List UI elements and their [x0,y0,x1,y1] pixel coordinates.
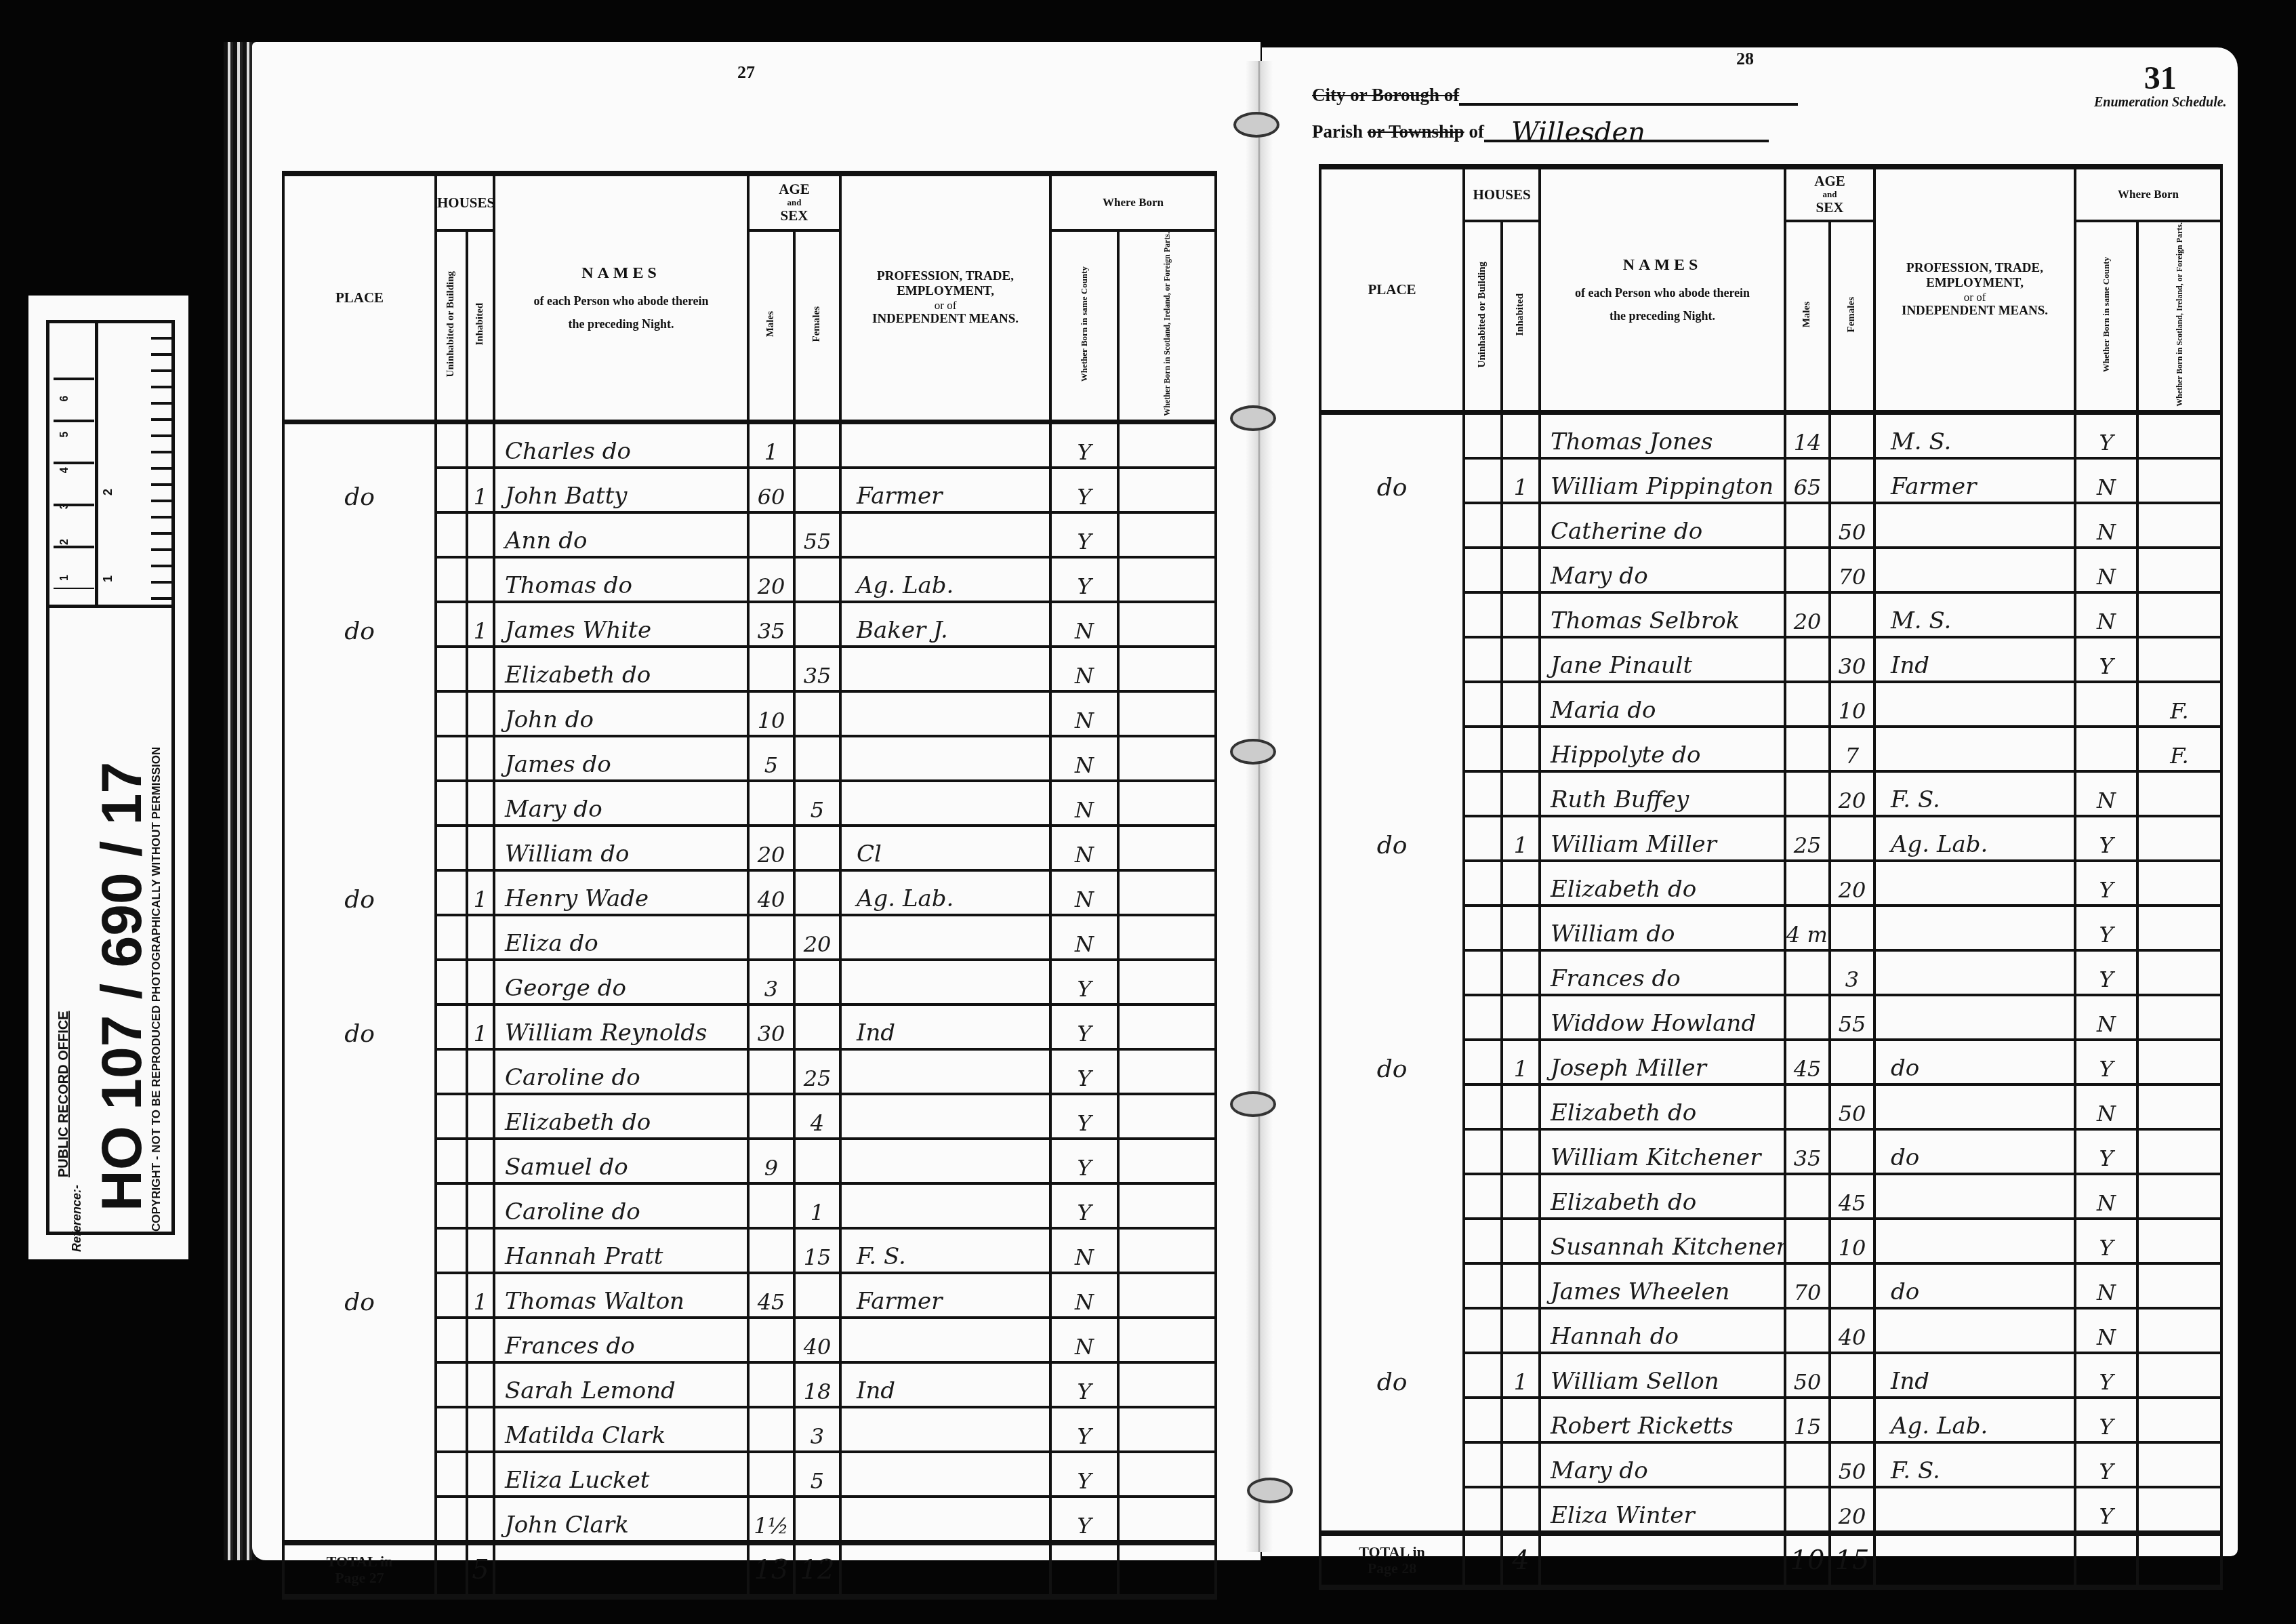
header-males-text: Males [1802,302,1813,327]
total-uninhabited [436,1543,467,1597]
cell-name: William Kitchener [1540,1129,1785,1174]
header-females-text: Females [812,306,823,342]
cell-males [1785,1442,1830,1487]
cell-profession: Ind [1874,637,2075,682]
cell-born-elsewhere [1118,1183,1216,1228]
table-row: Hippolyte do7F. [1320,727,2221,771]
cell-uninhabited [1464,548,1502,592]
cell-uninhabited [1464,1084,1502,1129]
table-row: do1John Batty60FarmerY [283,468,1216,512]
cell-females [794,870,840,915]
cell-males: 1 [748,422,794,468]
cell-born-same-county: Y [2075,906,2137,950]
header-born-elsewhere-text: Whether Born in Scotland, Ireland, or Fo… [1163,232,1172,416]
cell-profession: do [1874,1040,2075,1084]
cell-born-elsewhere [2137,1219,2221,1263]
cell-born-elsewhere [1118,1139,1216,1183]
header-profession-4: INDEPENDENT MEANS. [1876,304,2074,319]
cell-name: Eliza Winter [1540,1487,1785,1533]
header-profession-1: PROFESSION, TRADE, [1876,261,2074,276]
cell-born-elsewhere [1118,1318,1216,1362]
cell-profession: Farmer [1874,458,2075,503]
cell-females: 20 [1830,861,1874,906]
cell-females [794,826,840,870]
book-spine [224,42,256,1560]
header-males: Males [748,230,794,422]
cell-females: 40 [1830,1308,1874,1353]
header-place: PLACE [1320,167,1464,412]
header-names-sub1: of each Person who abode therein [495,294,747,308]
cell-born-same-county: Y [1050,1139,1118,1183]
cell-name: William do [1540,906,1785,950]
cell-males [1785,1308,1830,1353]
cell-born-elsewhere [2137,637,2221,682]
cell-uninhabited [1464,1040,1502,1084]
table-row: Matilda Clark3Y [283,1407,1216,1452]
cell-profession [840,647,1050,691]
total-label-2: Page 27 [285,1570,434,1586]
cell-inhabited [467,1094,494,1139]
cell-place [1320,412,1464,458]
cell-males: 25 [1785,816,1830,861]
right-page-number: 28 [1736,49,1754,69]
cell-females: 5 [794,1452,840,1497]
cell-females [794,468,840,512]
cell-inhabited [467,1497,494,1543]
cell-profession: M. S. [1874,412,2075,458]
table-row: Eliza Lucket5Y [283,1452,1216,1497]
cell-born-elsewhere [2137,548,2221,592]
table-row: Mary do5N [283,781,1216,826]
table-row: Hannah Pratt15F. S.N [283,1228,1216,1273]
cell-name: Sarah Lemond [494,1362,748,1407]
cell-born-same-county: Y [2075,1219,2137,1263]
table-row: Elizabeth do45N [1320,1174,2221,1219]
cell-profession [1874,1084,2075,1129]
cell-born-elsewhere [1118,647,1216,691]
cell-females [794,960,840,1004]
cell-females: 50 [1830,1442,1874,1487]
header-age: AGE [1786,173,1873,189]
cell-uninhabited [436,1139,467,1183]
cell-name: Elizabeth do [494,1094,748,1139]
cell-females: 3 [794,1407,840,1452]
schedule-label: Enumeration Schedule. [2094,95,2227,110]
cell-males [1785,771,1830,816]
ruler-in-2: 2 [101,409,115,495]
cell-males [748,1183,794,1228]
total-males: 10 [1785,1533,1830,1587]
cell-uninhabited [436,960,467,1004]
cell-females [794,557,840,602]
total-inhabited: 4 [1502,1533,1540,1587]
cell-place: do [283,602,436,647]
cell-inhabited [1502,1442,1540,1487]
cell-place [1320,503,1464,548]
cell-born-same-county: Y [1050,468,1118,512]
cell-place: do [283,870,436,915]
cell-born-same-county: N [2075,503,2137,548]
header-houses: HOUSES [1464,167,1540,221]
ruler-cm-4: 4 [59,437,70,473]
cell-place [283,512,436,557]
total-uninhabited [1464,1533,1502,1587]
cell-born-same-county: N [1050,1273,1118,1318]
cell-profession [840,736,1050,781]
cell-males [748,512,794,557]
cell-born-same-county: N [2075,548,2137,592]
header-profession-1: PROFESSION, TRADE, [842,269,1049,284]
table-row: Jane Pinault30IndY [1320,637,2221,682]
cell-uninhabited [1464,682,1502,727]
ruler-in-1: 1 [101,495,115,582]
cell-place: do [1320,816,1464,861]
cell-born-same-county: Y [1050,1407,1118,1452]
cell-inhabited [1502,1487,1540,1533]
total-inhabited: 5 [467,1543,494,1597]
cell-females [1830,1398,1874,1442]
table-row: do1William Miller25Ag. Lab.Y [1320,816,2221,861]
cell-born-elsewhere [1118,557,1216,602]
header-age-sex: AGE and SEX [1785,167,1874,221]
table-row: Mary do70N [1320,548,2221,592]
cell-name: Thomas Selbrok [1540,592,1785,637]
table-row: John Clark1½Y [283,1497,1216,1543]
header-houses: HOUSES [436,174,494,230]
cell-born-elsewhere [2137,1084,2221,1129]
cell-born-same-county: N [2075,1174,2137,1219]
cell-inhabited [467,1228,494,1273]
schedule-number: 31 [2094,62,2227,95]
cell-uninhabited [1464,816,1502,861]
cell-males: 4 mths [1785,906,1830,950]
cell-uninhabited [1464,503,1502,548]
cell-name: James White [494,602,748,647]
cell-uninhabited [436,1407,467,1452]
cell-born-same-county: Y [1050,1094,1118,1139]
header-born-same-county-text: Whether Born in same County [2102,257,2111,372]
cell-born-elsewhere [1118,1407,1216,1452]
cell-born-same-county: Y [2075,1487,2137,1533]
cell-males [1785,1487,1830,1533]
cell-name: Elizabeth do [494,647,748,691]
cell-inhabited [1502,995,1540,1040]
cell-females: 45 [1830,1174,1874,1219]
cell-males [1785,861,1830,906]
cell-name: Susannah Kitchener [1540,1219,1785,1263]
cell-inhabited: 1 [467,1273,494,1318]
cell-born-elsewhere [1118,1273,1216,1318]
cell-females: 40 [794,1318,840,1362]
table-row: Elizabeth do35N [283,647,1216,691]
cell-inhabited [1502,1129,1540,1174]
cell-males [1785,995,1830,1040]
table-row: Widdow Howland55N [1320,995,2221,1040]
cell-name: Jane Pinault [1540,637,1785,682]
cell-inhabited [467,1139,494,1183]
total-females: 12 [794,1543,840,1597]
cell-males [748,1228,794,1273]
cell-born-same-county: N [1050,915,1118,960]
cell-females: 20 [794,915,840,960]
cell-uninhabited [1464,771,1502,816]
cell-males [748,1407,794,1452]
cell-place [1320,906,1464,950]
table-row: do1William Reynolds30IndY [283,1004,1216,1049]
cell-uninhabited [1464,1174,1502,1219]
right-table-total: TOTAL inPage 28 4 10 15 [1320,1533,2221,1587]
cell-males: 3 [748,960,794,1004]
table-row: Ruth Buffey20F. S.N [1320,771,2221,816]
cell-inhabited [467,557,494,602]
cell-name: Caroline do [494,1049,748,1094]
total-label: TOTAL inPage 27 [283,1543,436,1597]
cell-females [1830,458,1874,503]
table-row: James Wheelen70doN [1320,1263,2221,1308]
cell-name: Thomas Walton [494,1273,748,1318]
cell-uninhabited [436,736,467,781]
cell-place [1320,548,1464,592]
cell-inhabited [467,422,494,468]
cell-profession: Ind [840,1004,1050,1049]
parish-of-label: of [1469,121,1484,142]
cell-profession [1874,548,2075,592]
cell-males: 60 [748,468,794,512]
table-row: Frances do3Y [1320,950,2221,995]
cell-inhabited [1502,1084,1540,1129]
cell-born-same-county: Y [1050,1183,1118,1228]
cell-profession [1874,1308,2075,1353]
table-row: Caroline do25Y [283,1049,1216,1094]
header-inhabited: Inhabited [1502,221,1540,412]
cell-females: 35 [794,647,840,691]
city-borough-line: City or Borough of [1312,80,1798,106]
cell-females: 5 [794,781,840,826]
cell-born-same-county: N [1050,1318,1118,1362]
cell-males: 15 [1785,1398,1830,1442]
cell-uninhabited [436,647,467,691]
cell-uninhabited [1464,1263,1502,1308]
header-profession: PROFESSION, TRADE, EMPLOYMENT, or of IND… [840,174,1050,422]
cell-uninhabited [436,1004,467,1049]
cell-profession [840,1049,1050,1094]
cell-males: 35 [748,602,794,647]
ruler-cm-5: 5 [59,401,70,437]
cell-name: John Clark [494,1497,748,1543]
cell-uninhabited [1464,458,1502,503]
cell-inhabited [1502,727,1540,771]
header-females-text: Females [1847,297,1858,332]
cell-born-same-county: N [1050,781,1118,826]
cell-place [1320,1308,1464,1353]
cell-place: do [1320,458,1464,503]
cell-inhabited [467,1452,494,1497]
cell-inhabited: 1 [1502,1040,1540,1084]
cell-name: Robert Ricketts [1540,1398,1785,1442]
cell-place [283,1183,436,1228]
cell-place [1320,1129,1464,1174]
cell-born-same-county: N [1050,691,1118,736]
cell-name: John do [494,691,748,736]
schedule-block: 31 Enumeration Schedule. [2094,62,2227,110]
cell-females [1830,412,1874,458]
cell-uninhabited [1464,861,1502,906]
table-row: do1Joseph Miller45doY [1320,1040,2221,1084]
cell-place [283,1139,436,1183]
measurement-ruler: 12 123456 [49,323,171,608]
table-row: Thomas Selbrok20M. S.N [1320,592,2221,637]
cell-born-same-county: Y [2075,1040,2137,1084]
total-born-elsewhere [2137,1533,2221,1587]
cell-name: Mary do [1540,548,1785,592]
header-age: AGE [750,181,839,197]
cell-name: Widdow Howland [1540,995,1785,1040]
cell-males [1785,727,1830,771]
cell-profession: F. S. [1874,771,2075,816]
cell-place [1320,1263,1464,1308]
cell-name: Samuel do [494,1139,748,1183]
cell-born-same-county [2075,727,2137,771]
cell-name: William Sellon [1540,1353,1785,1398]
cell-place [1320,1398,1464,1442]
cell-name: Hannah Pratt [494,1228,748,1273]
cell-name: Hippolyte do [1540,727,1785,771]
cell-inhabited [467,736,494,781]
cell-males [1785,1219,1830,1263]
cell-uninhabited [1464,1442,1502,1487]
cell-uninhabited [436,1452,467,1497]
cell-place [283,915,436,960]
cell-uninhabited [436,1318,467,1362]
cell-name: William Pippington [1540,458,1785,503]
cell-name: Elizabeth do [1540,1174,1785,1219]
cell-name: George do [494,960,748,1004]
parish-line: Parish or Township ofWillesden [1312,117,1769,142]
cell-inhabited: 1 [1502,816,1540,861]
cell-born-elsewhere [1118,870,1216,915]
cell-born-elsewhere [1118,691,1216,736]
cell-profession: Baker J. [840,602,1050,647]
total-names [494,1543,748,1597]
cell-males: 45 [1785,1040,1830,1084]
cell-males: 9 [748,1139,794,1183]
ruler-cm-3: 3 [59,473,70,509]
ruler-cm-1: 1 [59,545,70,581]
table-row: Elizabeth do4Y [283,1094,1216,1139]
cell-uninhabited [436,512,467,557]
cell-females: 50 [1830,1084,1874,1129]
cell-uninhabited [1464,1353,1502,1398]
cell-inhabited [1502,1174,1540,1219]
cell-uninhabited [436,691,467,736]
ruler-inch-labels: 12 [101,409,115,582]
reference-number: HO 107 / 690 / 17 [89,762,155,1211]
cell-born-same-county: N [2075,1084,2137,1129]
total-label-2: Page 28 [1321,1560,1462,1577]
cell-born-same-county: N [1050,647,1118,691]
cell-born-elsewhere [2137,995,2221,1040]
cell-females [1830,816,1874,861]
cell-place [1320,727,1464,771]
table-row: Thomas do20Ag. Lab.Y [283,557,1216,602]
cell-born-elsewhere [1118,781,1216,826]
cell-born-same-county: Y [1050,1362,1118,1407]
header-place: PLACE [283,174,436,422]
table-row: Thomas Jones14M. S.Y [1320,412,2221,458]
table-row: do1William Sellon50IndY [1320,1353,2221,1398]
cell-born-same-county: N [1050,602,1118,647]
cell-inhabited: 1 [1502,458,1540,503]
cell-inhabited [467,915,494,960]
table-row: do1Thomas Walton45FarmerN [283,1273,1216,1318]
cell-born-elsewhere: F. [2137,682,2221,727]
cell-females [794,602,840,647]
cell-born-same-county: Y [2075,637,2137,682]
table-row: James do5N [283,736,1216,781]
cell-born-same-county: Y [1050,512,1118,557]
cell-profession: Ind [1874,1353,2075,1398]
cell-place [1320,1174,1464,1219]
cell-profession [1874,906,2075,950]
cell-females [1830,906,1874,950]
cell-born-elsewhere [1118,736,1216,781]
cell-uninhabited [436,781,467,826]
cell-born-elsewhere [1118,468,1216,512]
reference-frame: 12 123456 PUBLIC RECORD OFFICE HO 107 / … [46,320,175,1235]
cell-born-elsewhere [1118,1452,1216,1497]
cell-inhabited: 1 [467,1004,494,1049]
cell-place [283,736,436,781]
header-born-elsewhere: Whether Born in Scotland, Ireland, or Fo… [1118,230,1216,422]
cell-males [748,915,794,960]
header-inhabited-text: Inhabited [475,303,486,346]
cell-profession: Ag. Lab. [1874,1398,2075,1442]
ruler-cm-labels: 123456 [59,366,71,581]
cell-females: 10 [1830,682,1874,727]
cell-inhabited [1502,503,1540,548]
cell-profession [840,1094,1050,1139]
cell-males: 10 [748,691,794,736]
cell-profession [840,1497,1050,1543]
cell-females [794,736,840,781]
cell-born-same-county: Y [2075,1353,2137,1398]
cell-males: 50 [1785,1353,1830,1398]
header-born-elsewhere-text: Whether Born in Scotland, Ireland, or Fo… [2175,222,2184,407]
header-age-sex: AGE and SEX [748,174,840,230]
header-born-same-county-text: Whether Born in same County [1080,266,1089,382]
header-names-sub2: the preceding Night. [1541,309,1784,323]
cell-males [748,1362,794,1407]
header-profession-3: or of [1876,291,2074,304]
cell-place [283,1497,436,1543]
cell-inhabited [1502,950,1540,995]
header-names: NAMES of each Person who abode therein t… [1540,167,1785,412]
cell-males: 20 [748,826,794,870]
cell-place [1320,682,1464,727]
cell-profession [840,1318,1050,1362]
cell-place [283,781,436,826]
cell-females: 18 [794,1362,840,1407]
cell-born-same-county: Y [2075,861,2137,906]
total-born-same-county [1050,1543,1118,1597]
left-page-number: 27 [737,62,755,83]
cell-uninhabited [1464,906,1502,950]
cell-place: do [1320,1353,1464,1398]
cell-uninhabited [436,1049,467,1094]
table-row: John do10N [283,691,1216,736]
cell-females: 20 [1830,771,1874,816]
ruler-inch-ticks [124,323,171,605]
